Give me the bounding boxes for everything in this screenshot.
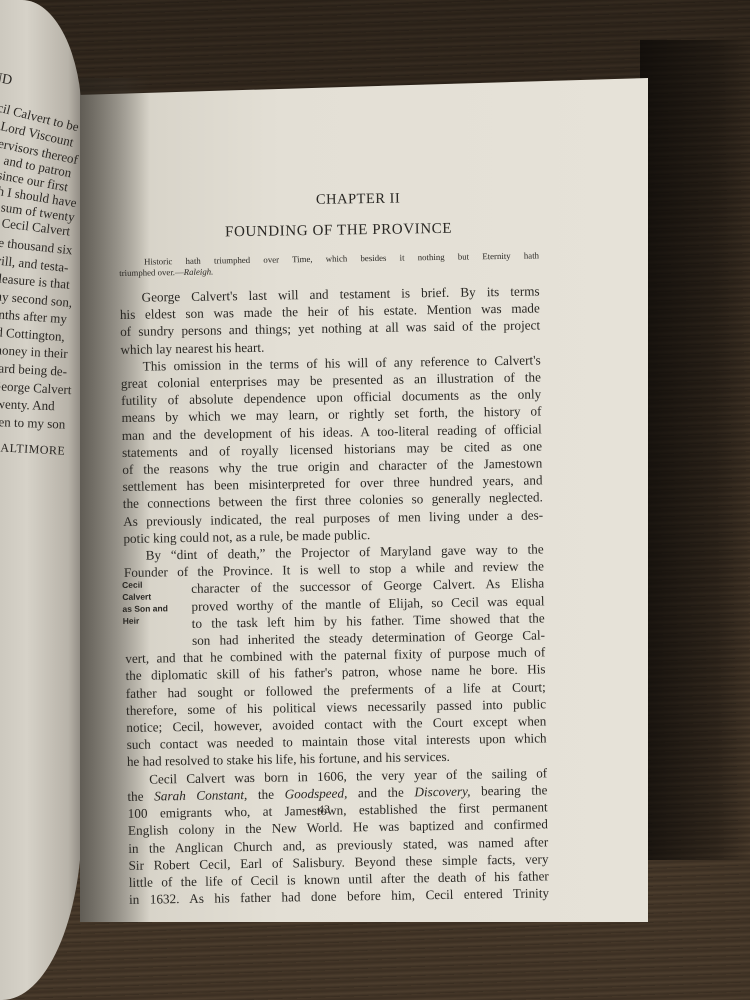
epigraph-attribution: Raleigh. <box>184 267 214 277</box>
text-span: bearing the <box>470 782 547 798</box>
ship-name: Goodspeed, <box>285 785 348 801</box>
side-note-line: Heir <box>123 614 183 627</box>
margin-side-note: Cecil Calvert as Son and Heir <box>122 578 183 627</box>
epigraph: Historic hath triumphed over Time, which… <box>119 250 539 279</box>
ship-name: Sarah Constant, <box>154 787 247 803</box>
side-note-line: Calvert <box>122 590 182 603</box>
ship-name: Discovery, <box>414 783 470 799</box>
text-span: the <box>247 786 285 802</box>
page-shadow <box>640 40 750 860</box>
left-page-line: George Calvert <box>0 378 82 399</box>
left-page-line: twenty. And <box>0 396 82 415</box>
text-span: and the <box>347 784 414 800</box>
left-page-line: money in their <box>0 342 82 363</box>
left-page: ND ecil Calvert to be e Lord Viscount pe… <box>0 0 82 1000</box>
left-page-line: ven to my son <box>0 414 82 433</box>
paragraph: By “dint of death,” the Projector of Mar… <box>124 540 547 770</box>
text-span: the <box>127 788 154 803</box>
side-note-line: Cecil <box>122 578 182 591</box>
paragraph: This omission in the terms of his will o… <box>121 351 544 547</box>
left-page-header: ND <box>0 70 82 101</box>
paragraph: George Calvert's last will and testament… <box>119 282 540 357</box>
left-page-signature: BALTIMORE <box>0 440 82 460</box>
paragraph: Cecil Calvert was born in 1606, the very… <box>127 764 549 908</box>
page-number: 43 <box>318 802 330 817</box>
epigraph-line: triumphed over.— <box>119 267 184 278</box>
page-text: CHAPTER II FOUNDING OF THE PROVINCE Hist… <box>118 188 549 908</box>
epigraph-line: Historic hath triumphed over Time, which… <box>119 250 539 268</box>
left-page-line: nard being de- <box>0 360 82 381</box>
paragraph-with-side-note: Cecil Calvert as Son and Heir By “dint o… <box>124 540 547 770</box>
chapter-subtitle: FOUNDING OF THE PROVINCE <box>128 219 548 243</box>
side-note-line: as Son and <box>122 602 182 615</box>
